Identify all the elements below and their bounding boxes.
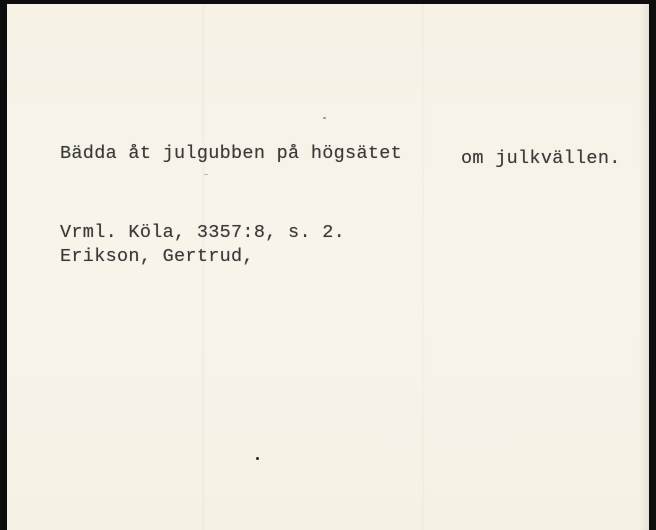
record-title-part1: Bädda åt julgubben på högsätet <box>60 143 402 164</box>
paper-blemish <box>204 174 208 175</box>
index-card: Bädda åt julgubben på högsätet om julkvä… <box>7 4 649 530</box>
archive-source-reference: Vrml. Köla, 3357:8, s. 2. <box>60 222 345 243</box>
informant-name: Erikson, Gertrud, <box>60 246 254 267</box>
ink-speck <box>256 457 259 460</box>
paper-blemish <box>323 117 326 119</box>
scanned-card-image: Bädda åt julgubben på högsätet om julkvä… <box>0 0 656 530</box>
record-title-part2: om julkvällen. <box>461 148 621 169</box>
